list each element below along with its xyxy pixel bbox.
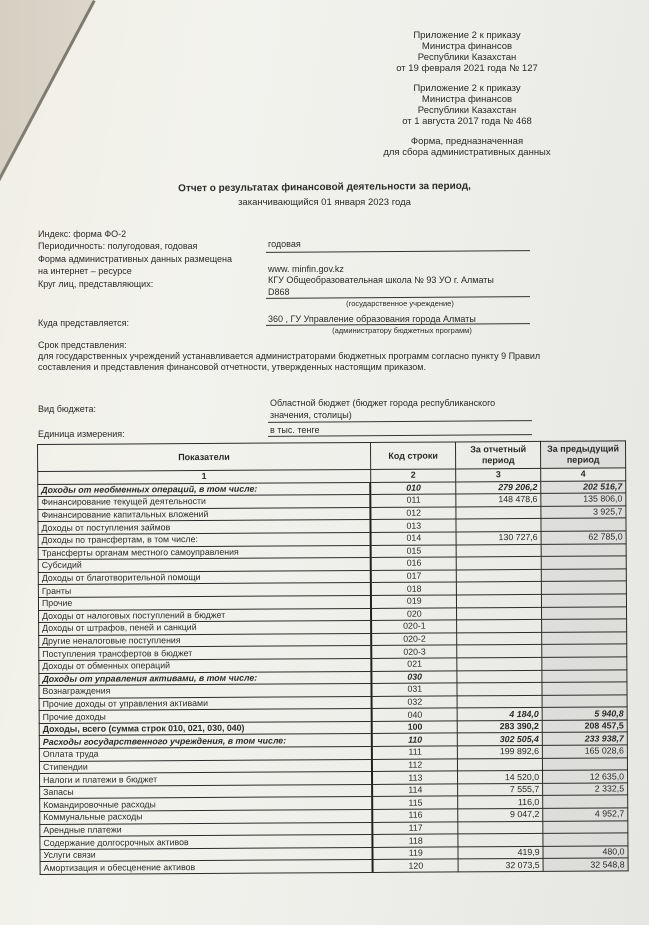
row-code: 018: [371, 582, 456, 595]
financial-results-table: Показатели Код строки За отчетный период…: [37, 440, 629, 875]
row-code: 040: [372, 708, 457, 721]
row-previous-value: 202 516,7: [541, 480, 626, 493]
row-code: 118: [373, 834, 458, 847]
col-number: 2: [371, 469, 456, 482]
row-previous-value: [541, 556, 626, 569]
row-code: 016: [371, 557, 456, 570]
row-code: 020: [371, 607, 456, 620]
row-code: 031: [372, 683, 457, 696]
deadline-label: Срок представления:: [38, 340, 558, 351]
row-code: 111: [372, 746, 457, 759]
recipient-label: Куда представляется:: [38, 318, 129, 329]
posted-value: www. minfin.gov.kz: [268, 264, 344, 275]
appendix-2-line: Приложение 2 к приказу: [367, 83, 567, 94]
row-previous-value: [542, 695, 627, 708]
row-previous-value: [541, 569, 626, 582]
row-current-value: 14 520,0: [458, 771, 543, 784]
row-previous-value: 12 635,0: [543, 770, 628, 783]
document-page: Приложение 2 к приказу Министра финансов…: [0, 0, 649, 925]
row-previous-value: [542, 619, 627, 632]
report-title: Отчет о результатах финансовой деятельно…: [0, 179, 649, 196]
row-current-value: [457, 670, 542, 683]
posted-label-1: Форма административных данных размещена: [38, 254, 232, 265]
row-code: 113: [372, 771, 457, 784]
row-previous-value: [542, 606, 627, 619]
row-current-value: 279 206,2: [456, 481, 541, 494]
col-header-previous: За предыдущий период: [541, 441, 626, 469]
appendix-2-line: Министра финансов: [367, 94, 567, 105]
presenters-label: Круг лиц, представляющих:: [38, 279, 153, 290]
row-previous-value: 3 925,7: [541, 506, 626, 519]
row-code: 112: [372, 759, 457, 772]
row-previous-value: 135 806,0: [541, 493, 626, 506]
row-current-value: [457, 683, 542, 696]
row-current-value: [458, 758, 543, 771]
row-current-value: [456, 519, 541, 532]
row-current-value: [456, 506, 541, 519]
row-code: 020-2: [372, 633, 457, 646]
row-current-value: [457, 620, 542, 633]
col-header-indicators: Показатели: [38, 442, 371, 471]
periodicity-label: Периодичность: полугодовая, годовая: [38, 241, 197, 252]
row-previous-value: 165 028,6: [542, 745, 627, 758]
recipient-caption: (администратору бюджетных программ): [292, 326, 512, 335]
row-current-value: [457, 632, 542, 645]
appendix-header: Приложение 2 к приказу Министра финансов…: [367, 30, 567, 167]
unit-label: Единица измерения:: [38, 429, 125, 440]
row-current-value: [456, 544, 541, 557]
row-previous-value: 2 332,5: [543, 783, 628, 796]
row-code: 013: [371, 519, 456, 532]
row-current-value: 130 727,6: [456, 531, 541, 544]
row-code: 032: [372, 696, 457, 709]
row-previous-value: [542, 657, 627, 670]
form-note-line: для сбора административных данных: [367, 147, 567, 158]
appendix-1: Приложение 2 к приказу Министра финансов…: [367, 30, 567, 74]
periodicity-underline: [266, 250, 530, 253]
row-previous-value: [542, 594, 627, 607]
appendix-2: Приложение 2 к приказу Министра финансов…: [367, 83, 567, 127]
row-code: 110: [372, 733, 457, 746]
row-previous-value: [542, 669, 627, 682]
row-code: 014: [371, 532, 456, 545]
row-previous-value: [543, 833, 628, 846]
row-code: 116: [373, 809, 458, 822]
posted-label-2: на интернет – ресурсе: [38, 266, 132, 277]
row-code: 015: [371, 545, 456, 558]
budget-label: Вид бюджета:: [38, 404, 96, 415]
row-code: 019: [371, 595, 456, 608]
periodicity-value: годовая: [268, 239, 301, 250]
row-current-value: 283 390,2: [457, 720, 542, 733]
appendix-2-line: от 1 августа 2017 года № 468: [367, 116, 567, 127]
row-code: 011: [371, 494, 456, 507]
row-previous-value: 208 457,5: [542, 720, 627, 733]
row-previous-value: 5 940,8: [542, 707, 627, 720]
row-code: 114: [372, 784, 457, 797]
row-current-value: 4 184,0: [457, 708, 542, 721]
table-body: Доходы от необменных операций, в том чис…: [38, 480, 628, 874]
row-current-value: 148 478,6: [456, 494, 541, 507]
presenters-caption: (государственное учреждение): [300, 299, 500, 308]
appendix-1-line: от 19 февраля 2021 года № 127: [367, 63, 567, 74]
row-current-value: [457, 607, 542, 620]
row-code: 120: [373, 859, 458, 872]
row-current-value: 9 047,2: [458, 808, 543, 821]
budget-value-2: значения, столицы): [270, 410, 352, 421]
appendix-1-line: Республики Казахстан: [367, 52, 567, 63]
row-current-value: [457, 645, 542, 658]
row-current-value: [456, 557, 541, 570]
col-header-current: За отчетный период: [456, 441, 541, 469]
row-previous-value: [543, 795, 628, 808]
row-code: 115: [373, 796, 458, 809]
row-code: 030: [372, 670, 457, 683]
row-previous-value: [542, 632, 627, 645]
row-current-value: [457, 582, 542, 595]
row-code: 117: [373, 822, 458, 835]
appendix-1-line: Министра финансов: [367, 41, 567, 52]
row-code: 017: [371, 570, 456, 583]
row-previous-value: [542, 682, 627, 695]
appendix-2-line: Республики Казахстан: [367, 105, 567, 116]
presenters-value-2: D868: [268, 287, 290, 298]
row-previous-value: [542, 644, 627, 657]
form-note: Форма, предназначенная для сбора админис…: [367, 136, 567, 158]
row-previous-value: [541, 581, 626, 594]
row-indicator: Амортизация и обесценение активов: [40, 860, 373, 875]
unit-value: в тыс. тенге: [270, 425, 319, 436]
table-row: Амортизация и обесценение активов12032 0…: [40, 858, 628, 874]
row-current-value: 419,9: [458, 846, 543, 859]
row-code: 119: [373, 847, 458, 860]
deadline-block: Срок представления: для государственных …: [38, 340, 558, 373]
row-previous-value: [543, 758, 628, 771]
report-subtitle: заканчивающийся 01 января 2023 года: [0, 197, 649, 208]
row-current-value: [456, 569, 541, 582]
row-current-value: [458, 834, 543, 847]
row-current-value: [457, 657, 542, 670]
table-header-row: Показатели Код строки За отчетный период…: [38, 441, 626, 472]
budget-value-1: Областной бюджет (бюджет города республи…: [270, 398, 495, 409]
row-current-value: [458, 821, 543, 834]
row-current-value: [457, 594, 542, 607]
row-previous-value: 62 785,0: [541, 531, 626, 544]
row-current-value: 199 892,6: [458, 745, 543, 758]
row-code: 010: [371, 482, 456, 495]
presenters-value-1: КГУ Общеобразовательная школа № 93 УО г.…: [268, 275, 494, 286]
row-previous-value: 480,0: [543, 846, 628, 859]
deadline-text: для государственных учреждений устанавли…: [38, 351, 558, 373]
row-previous-value: [541, 543, 626, 556]
col-number: 4: [541, 468, 626, 481]
row-current-value: 116,0: [458, 796, 543, 809]
row-previous-value: 233 938,7: [542, 732, 627, 745]
row-previous-value: [543, 821, 628, 834]
row-previous-value: 4 952,7: [543, 808, 628, 821]
col-header-code: Код строки: [370, 442, 456, 470]
col-number: 3: [456, 468, 541, 481]
appendix-1-line: Приложение 2 к приказу: [367, 30, 567, 41]
row-current-value: 302 505,4: [457, 733, 542, 746]
row-code: 100: [372, 721, 457, 734]
form-note-line: Форма, предназначенная: [367, 136, 567, 147]
row-current-value: [457, 695, 542, 708]
row-code: 020-1: [371, 620, 456, 633]
row-code: 012: [371, 507, 456, 520]
row-code: 020-3: [372, 645, 457, 658]
row-previous-value: 32 548,8: [543, 858, 628, 871]
index-label: Индекс: форма ФО-2: [38, 229, 126, 240]
row-current-value: 32 073,5: [458, 859, 543, 872]
row-code: 021: [372, 658, 457, 671]
row-previous-value: [541, 518, 626, 531]
row-current-value: 7 555,7: [458, 783, 543, 796]
